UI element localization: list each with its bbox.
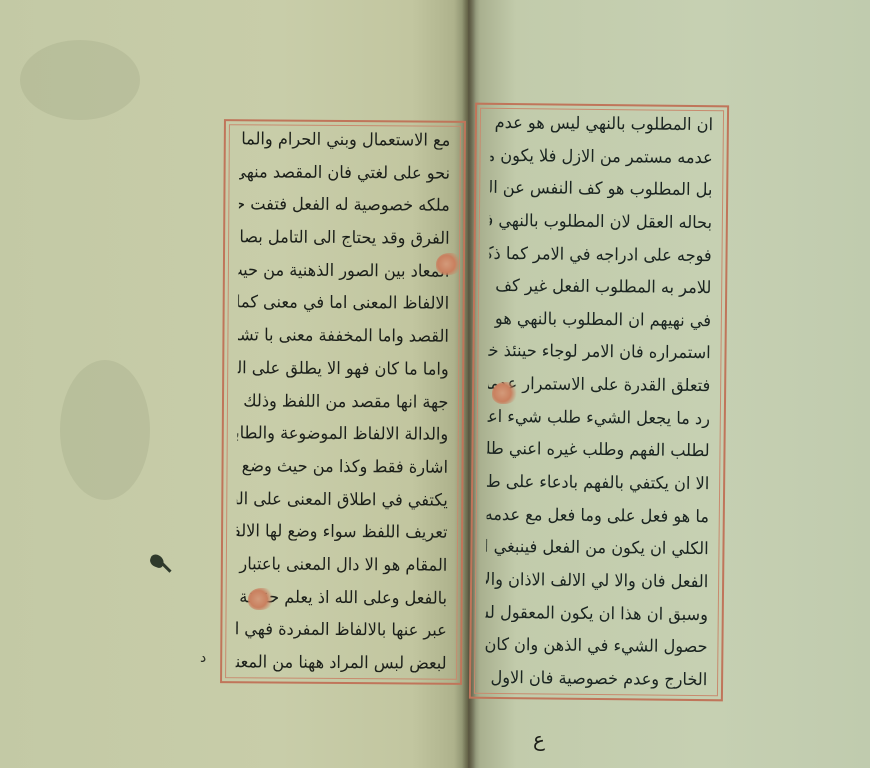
catchword: ع: [533, 727, 545, 751]
paper-stain: [20, 40, 140, 120]
text-line: نحو على لغتي فان المقصد منهى حصول التفهي…: [239, 164, 450, 182]
text-line: تعريف اللفظ سواء وضع لها الالفاظ ولا وال…: [237, 524, 448, 542]
manuscript-spread: مع الاستعمال وبني الحرام والما قيد بالاس…: [0, 0, 870, 768]
text-line: حصول الشيء في الذهن وان كان يكون المعقول…: [485, 637, 707, 656]
text-line: في نهيهم ان المطلوب بالنهي هو عدم الفعل …: [489, 311, 711, 330]
text-line: المعاد بين الصور الذهنية من حيث وضع با ذ…: [238, 262, 449, 280]
text-line: استمراره فان الامر لوجاء حينئذ خارجا عن …: [488, 343, 710, 362]
text-line: فوجه على ادراجه في الامر كما ذكره ويكفي …: [489, 245, 711, 264]
text-line: وسبق ان هذا ان يكون المعقول لشيء في الذه…: [486, 604, 708, 623]
rubric-ornament-icon: [436, 253, 462, 275]
text-line: ما هو فعل على وما فعل مع عدمه على ان يكو…: [487, 507, 709, 526]
text-line: الفعل فان والا لي الالف الاذان والانواع …: [486, 572, 708, 591]
text-line: بل المطلوب هو كف النفس عن الفعل وقد يشار…: [490, 180, 712, 199]
text-line: لبعض لبس المراد ههنا من المعنى المفرد با…: [236, 654, 447, 672]
text-line: لطلب الفهم وطلب غيره اعني طلب الفعل وطلب…: [487, 441, 709, 460]
text-line: بحاله العقل لان المطلوب بالنهي فعل مخصوص…: [490, 213, 712, 232]
text-line: رد ما يجعل الشيء طلب شيء اعم من طلب الفع…: [488, 409, 710, 428]
text-line: فتعلق القدرة على الاستمرار عدمه وان الا …: [488, 376, 710, 395]
paper-stain: [60, 360, 150, 500]
text-line: عدمه مستمر من الازل فلا يكون مقدورا للعب…: [490, 147, 712, 166]
text-line: ملكه خصوصية له الفعل فتفت حصول الثمرة في…: [239, 197, 450, 215]
text-line: والدالة الالفاظ الموضوعة والطابقة ليست ب…: [237, 425, 448, 443]
text-line: للامر به المطلوب الفعل غير كف النفس عن ف…: [489, 278, 711, 297]
text-line: واما ما كان فهو الا يطلق على الصور الذهن…: [238, 360, 449, 378]
text-line: الالفاظ المعنى اما في معنى كما هو الفاعل…: [238, 295, 449, 313]
text-line: مع الاستعمال وبني الحرام والما قيد بالاس…: [239, 131, 450, 149]
text-line: الفرق وقد يحتاج الى التامل بصادق مع توفي…: [239, 229, 450, 247]
text-line: الا ان يكتفي بالفهم بادعاء على طلب الفعل…: [487, 474, 709, 493]
text-line: الكلي ان يكون من الفعل فينبغي ان يكون هو…: [486, 539, 708, 558]
text-line: ان المطلوب بالنهي ليس هو عدم الفعل كما ه…: [491, 115, 713, 134]
right-text-block: ان المطلوب بالنهي ليس هو عدم الفعل كما ه…: [479, 115, 719, 689]
text-line: المقام هو الا دال المعنى باعتبار يتصف با…: [236, 556, 447, 574]
text-line: الخارج وعدم خصوصية فان الاول مع الاستعما…: [485, 670, 707, 689]
text-line: يكتفي في اطلاق المعنى على الصور الذهنية …: [237, 491, 448, 509]
text-line: القصد واما المخففة معنى با تشديد اسم مفع…: [238, 327, 449, 345]
rubric-ornament-icon: [248, 588, 274, 610]
margin-mark: د: [200, 650, 206, 666]
text-line: اشارة فقط وكذا من حيث وضع با ذاتها الالف…: [237, 458, 448, 476]
rubric-ornament-icon: [492, 382, 518, 404]
text-line: جهة انها مقصد من اللفظ وذلك فما يكون بال…: [237, 393, 448, 411]
text-line: عبر عنها بالالفاظ المفردة فهي المعاني ال…: [236, 622, 447, 640]
